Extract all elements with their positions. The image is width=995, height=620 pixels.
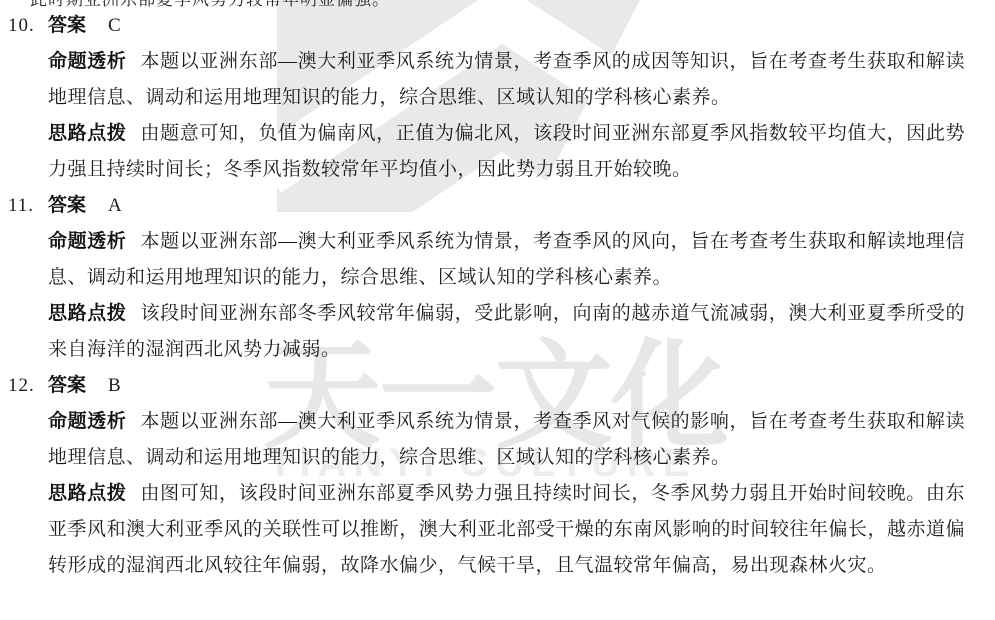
hint-label: 思路点拨 [48,303,127,324]
question-11-block: 11. 答案A 命题透析本题以亚洲东部—澳大利亚季风系统为情景，考查季风的风向，… [0,188,965,368]
analysis-paragraph: 命题透析本题以亚洲东部—澳大利亚季风系统为情景，考查季风的成因等知识，旨在考查考… [48,44,965,116]
analysis-paragraph: 命题透析本题以亚洲东部—澳大利亚季风系统为情景，考查季风对气候的影响，旨在考查考… [48,404,965,476]
question-12-block: 12. 答案B 命题透析本题以亚洲东部—澳大利亚季风系统为情景，考查季风对气候的… [0,368,965,584]
analysis-paragraph: 命题透析本题以亚洲东部—澳大利亚季风系统为情景，考查季风的风向，旨在考查考生获取… [48,224,965,296]
analysis-text: 本题以亚洲东部—澳大利亚季风系统为情景，考查季风的风向，旨在考查考生获取和解读地… [48,231,965,288]
hint-paragraph: 思路点拨该段时间亚洲东部冬季风较常年偏弱，受此影响，向南的越赤道气流减弱，澳大利… [48,296,965,368]
clipped-top-line: 此时期亚洲东部夏季风势力较常年明显偏强。 [30,0,630,8]
answer-value: B [108,375,121,396]
answer-value: C [108,15,121,36]
question-number: 10. [8,8,35,44]
answer-label: 答案 [48,195,86,216]
answer-line: 答案B [48,368,965,404]
hint-paragraph: 思路点拨由题意可知，负值为偏南风，正值为偏北风，该段时间亚洲东部夏季风指数较平均… [48,116,965,188]
question-10-block: 10. 答案C 命题透析本题以亚洲东部—澳大利亚季风系统为情景，考查季风的成因等… [0,8,965,188]
hint-label: 思路点拨 [48,123,127,144]
answer-value: A [108,195,122,216]
answer-line: 答案C [48,8,965,44]
analysis-text: 本题以亚洲东部—澳大利亚季风系统为情景，考查季风的成因等知识，旨在考查考生获取和… [48,51,965,108]
analysis-label: 命题透析 [48,411,127,432]
answer-key-page: 此时期亚洲东部夏季风势力较常年明显偏强。 10. 答案C 命题透析本题以亚洲东部… [0,0,995,584]
hint-text: 由题意可知，负值为偏南风，正值为偏北风，该段时间亚洲东部夏季风指数较平均值大，因… [48,123,965,180]
hint-text: 由图可知，该段时间亚洲东部夏季风势力强且持续时间长，冬季风势力弱且开始时间较晚。… [48,483,965,576]
question-number: 12. [8,368,35,404]
question-number: 11. [8,188,34,224]
answer-label: 答案 [48,375,86,396]
analysis-label: 命题透析 [48,51,127,72]
hint-paragraph: 思路点拨由图可知，该段时间亚洲东部夏季风势力强且持续时间长，冬季风势力弱且开始时… [48,476,965,584]
answer-line: 答案A [48,188,965,224]
analysis-label: 命题透析 [48,231,127,252]
hint-text: 该段时间亚洲东部冬季风较常年偏弱，受此影响，向南的越赤道气流减弱，澳大利亚夏季所… [48,303,965,360]
analysis-text: 本题以亚洲东部—澳大利亚季风系统为情景，考查季风对气候的影响，旨在考查考生获取和… [48,411,965,468]
answer-label: 答案 [48,15,86,36]
hint-label: 思路点拨 [48,483,127,504]
